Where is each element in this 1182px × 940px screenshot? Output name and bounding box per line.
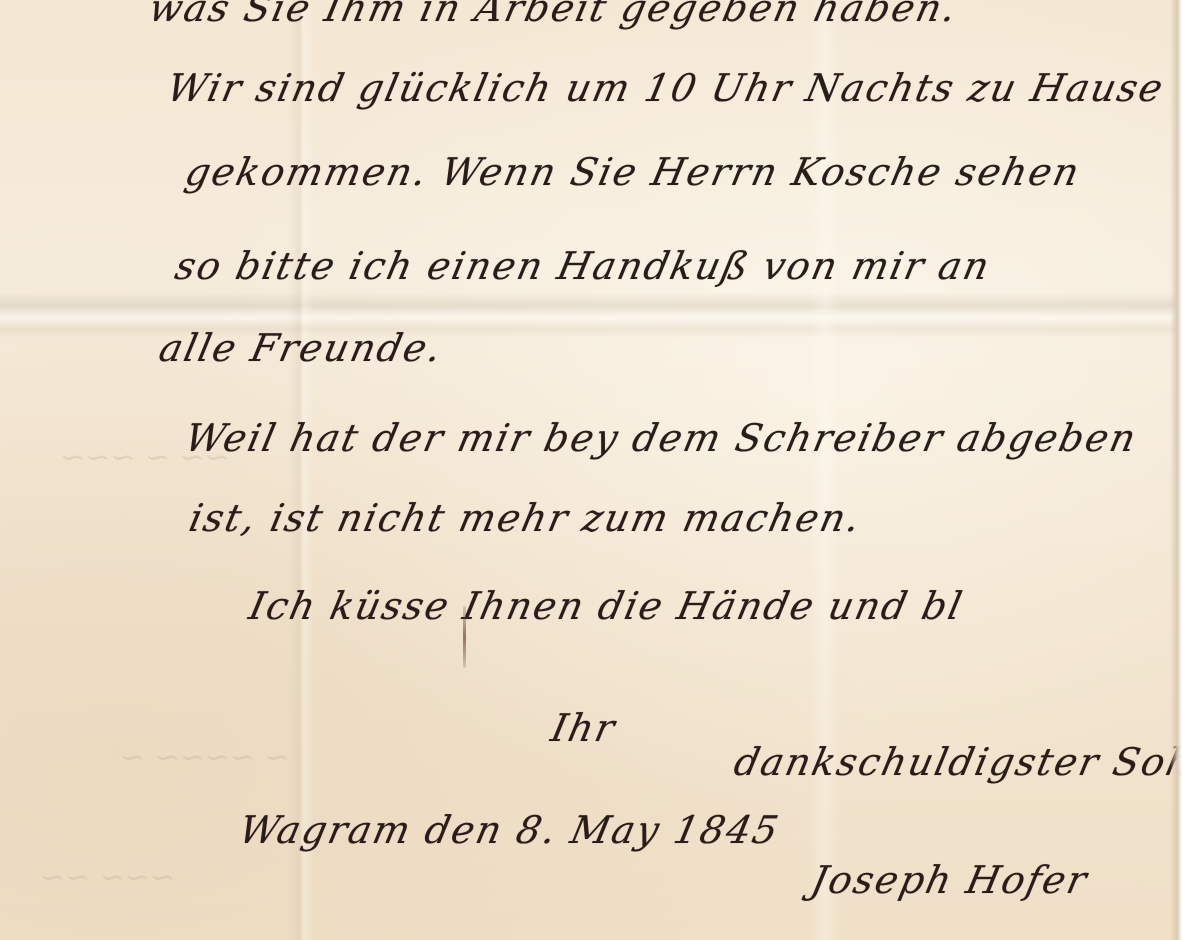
bleed-through-text: ~ ~~~~ ~ [120,740,290,775]
closing-valediction: dankschuldigster Sohn [730,740,1182,784]
signature: Joseph Hofer [807,858,1092,902]
dateline: Wagram den 8. May 1845 [235,808,784,852]
letter-line-5: alle Freunde. [155,326,447,370]
letter-line-2: Wir sind glücklich um 10 Uhr Nachts zu H… [163,66,1168,110]
letter-line-6: Weil hat der mir bey dem Schreiber abgeb… [181,416,1141,460]
closing-salutation: Ihr [547,706,620,750]
bleed-through-text: ~~~ ~~ [40,860,175,895]
letter-line-4: so bitte ich einen Handkuß von mir an [171,244,995,288]
letter-line-8: Ich küsse Ihnen die Hände und bl [245,584,967,628]
vertical-fold-crease-right [810,0,840,940]
ink-smudge [463,606,466,668]
letter-line-3: gekommen. Wenn Sie Herrn Kosche sehen [181,150,1084,194]
vertical-fold-crease [288,0,314,940]
letter-page: ~~ ~ ~~~ ~ ~~~~ ~ ~~~ ~~ was Sie Ihm in … [0,0,1182,940]
letter-line-7: ist, ist nicht mehr zum machen. [185,496,866,540]
page-edge [1170,0,1182,940]
letter-line-1: was Sie Ihm in Arbeit gegeben haben. [145,0,962,30]
